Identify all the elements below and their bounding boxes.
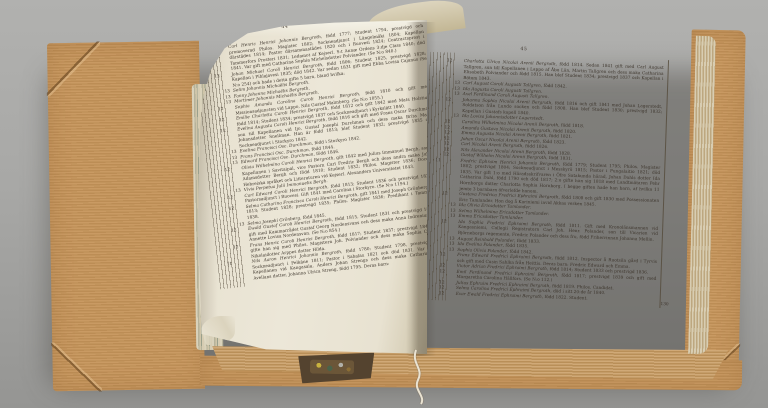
marbled-paper-fragment [310,360,354,375]
generation-number: 12 [439,290,445,296]
generation-number: 12 [442,190,448,196]
generation-number: 12 [228,205,234,211]
person-name: Charlotta Ulrica Nicolai Arenii Bergroth [464,58,556,66]
generation-number: 12 [439,268,445,274]
generation-number: 13 [450,213,456,219]
generation-number: 12 [444,152,450,158]
person-name: Carl Henric Henrici Johannis Bergroth [228,34,321,49]
book-gutter-shadow [406,22,436,356]
generation-number: 13 [453,113,459,119]
generation-number: 12 [218,106,224,112]
generation-number: 11 [227,261,233,267]
entry-text: Fredric Ephraim Henrici Johannis Bergrot… [459,158,660,193]
photo-backdrop: 44 11Carl Henric Henrici Johannis Bergro… [0,0,768,408]
right-page-text: 45 130 12Charlotta Ulrica Nicolai Arenii… [456,58,664,303]
generation-number: 12 [441,218,447,224]
generation-number: 12 [224,167,230,173]
generation-number: 13 [449,246,455,252]
generation-number: 12 [220,128,226,134]
generation-number: 12 [233,244,239,250]
generation-number: 12 [445,96,451,102]
generation-number: 12 [440,251,446,257]
margin-reference-number: 130 [660,301,668,307]
generation-number: 13 [226,99,232,105]
book-cover-left [47,41,205,392]
generation-number: 11 [435,157,441,163]
generation-number: 11 [203,46,209,52]
generation-number: 13 [235,188,241,194]
entry-text: Charlotta Ulrica Nicolai Arenii Bergroth… [463,58,664,81]
generation-number: 12 [227,194,233,200]
left-page: 44 11Carl Henric Henrici Johannis Bergro… [197,20,427,354]
generation-number: 13 [232,160,238,166]
generation-number: 12 [214,73,220,79]
generation-number: 12 [231,227,237,233]
generation-number: 12 [447,57,453,63]
generation-number: 13 [454,91,460,97]
right-entries-list: 12Charlotta Ulrica Nicolai Arenii Bergro… [456,58,664,303]
right-page: 45 130 12Charlotta Ulrica Nicolai Arenii… [420,24,712,356]
generation-number: 13 [239,221,245,227]
binding-thread [396,348,456,406]
generation-number: 12 [219,117,225,123]
page-number-left: 44 [281,24,289,31]
page-number-right: 45 [520,47,527,53]
